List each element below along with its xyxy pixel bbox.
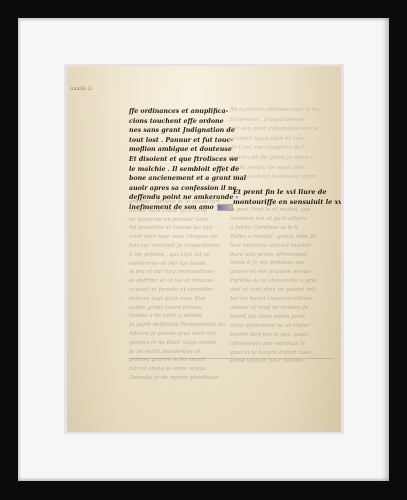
ruling-line (129, 358, 333, 359)
bleed-through-right-top: ffe hystoires fondees sour le liu Empere… (230, 106, 334, 183)
bleed-through-right-bottom: le post Pont le et reuleit que mesmen no… (230, 206, 334, 366)
text-column-left: ffe ordinances et anuplifica- cions touc… (129, 107, 229, 213)
bleed-through-left: granter . de leur et le chase fort bonne… (129, 198, 231, 383)
explicit-heading: Et prent fin le xvi liure de montouriffe… (233, 188, 337, 207)
folio-mark: ·xxxiii·2· (69, 86, 93, 92)
manuscript-page: ·xxxiii·2· ffe hystoires fondees sour le… (67, 66, 341, 432)
